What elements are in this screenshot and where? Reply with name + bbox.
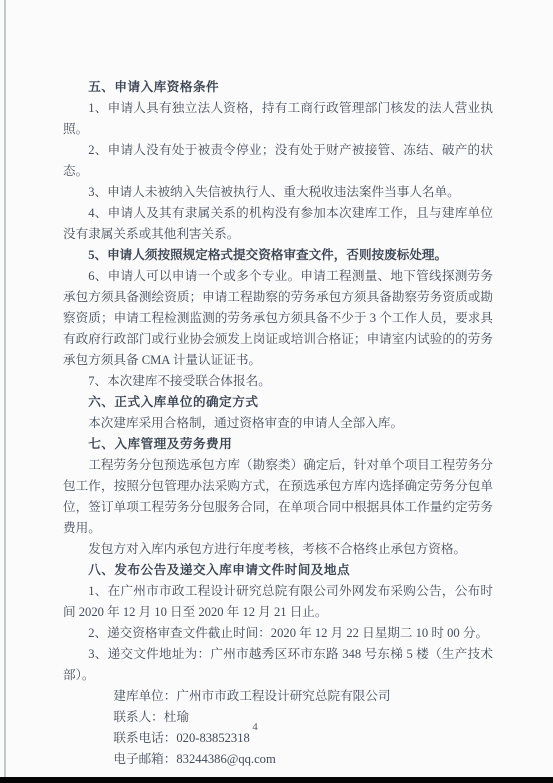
item-5-7: 7、本次建库不接受联合体报名。 [63, 371, 493, 392]
contact-email: 电子邮箱：83244386@qq.com [63, 749, 493, 770]
section-5-heading: 五、申请入库资格条件 [63, 77, 493, 98]
document-body: 五、申请入库资格条件 1、申请人具有独立法人资格，持有工商行政管理部门核发的法人… [63, 77, 493, 770]
item-8-2: 2、递交资格审查文件截止时间：2020 年 12 月 22 日星期二 10 时 … [63, 623, 493, 644]
item-5-1: 1、申请人具有独立法人资格，持有工商行政管理部门核发的法人营业执照。 [63, 98, 493, 140]
item-8-1: 1、在广州市市政工程设计研究总院有限公司外网发布采购公告，公布时间 2020 年… [63, 581, 493, 623]
item-5-2: 2、申请人没有处于被责令停业；没有处于财产被接管、冻结、破产的状态。 [63, 140, 493, 182]
page-number: 4 [0, 719, 510, 735]
document-page: 五、申请入库资格条件 1、申请人具有独立法人资格，持有工商行政管理部门核发的法人… [0, 0, 553, 783]
scan-left-edge [4, 0, 6, 777]
scan-bottom-edge [0, 777, 553, 783]
para-6-1: 本次建库采用合格制，通过资格审查的申请人全部入库。 [63, 413, 493, 434]
para-7-1: 工程劳务分包预选承包方库（勘察类）确定后，针对单个项目工程劳务分包工作，按照分包… [63, 455, 493, 539]
item-5-6: 6、申请人可以申请一个或多个专业。申请工程测量、地下管线探测劳务承包方须具备测绘… [63, 266, 493, 371]
item-5-4: 4、申请人及其有隶属关系的机构没有参加本次建库工作，且与建库单位没有隶属关系或其… [63, 203, 493, 245]
section-7-heading: 七、入库管理及劳务费用 [63, 434, 493, 455]
item-5-5-bold: 5、申请人须按照规定格式提交资格审查文件，否则按废标处理。 [63, 245, 493, 266]
item-8-3: 3、递交文件地址为：广州市越秀区环市东路 348 号东梯 5 楼（生产技术部）。 [63, 644, 493, 686]
section-8-heading: 八、发布公告及递交入库申请文件时间及地点 [63, 560, 493, 581]
para-7-2: 发包方对入库内承包方进行年度考核，考核不合格终止承包方资格。 [63, 539, 493, 560]
section-6-heading: 六、正式入库单位的确定方式 [63, 392, 493, 413]
contact-org: 建库单位：广州市市政工程设计研究总院有限公司 [63, 686, 493, 707]
item-5-3: 3、申请人未被纳入失信被执行人、重大税收违法案件当事人名单。 [63, 182, 493, 203]
